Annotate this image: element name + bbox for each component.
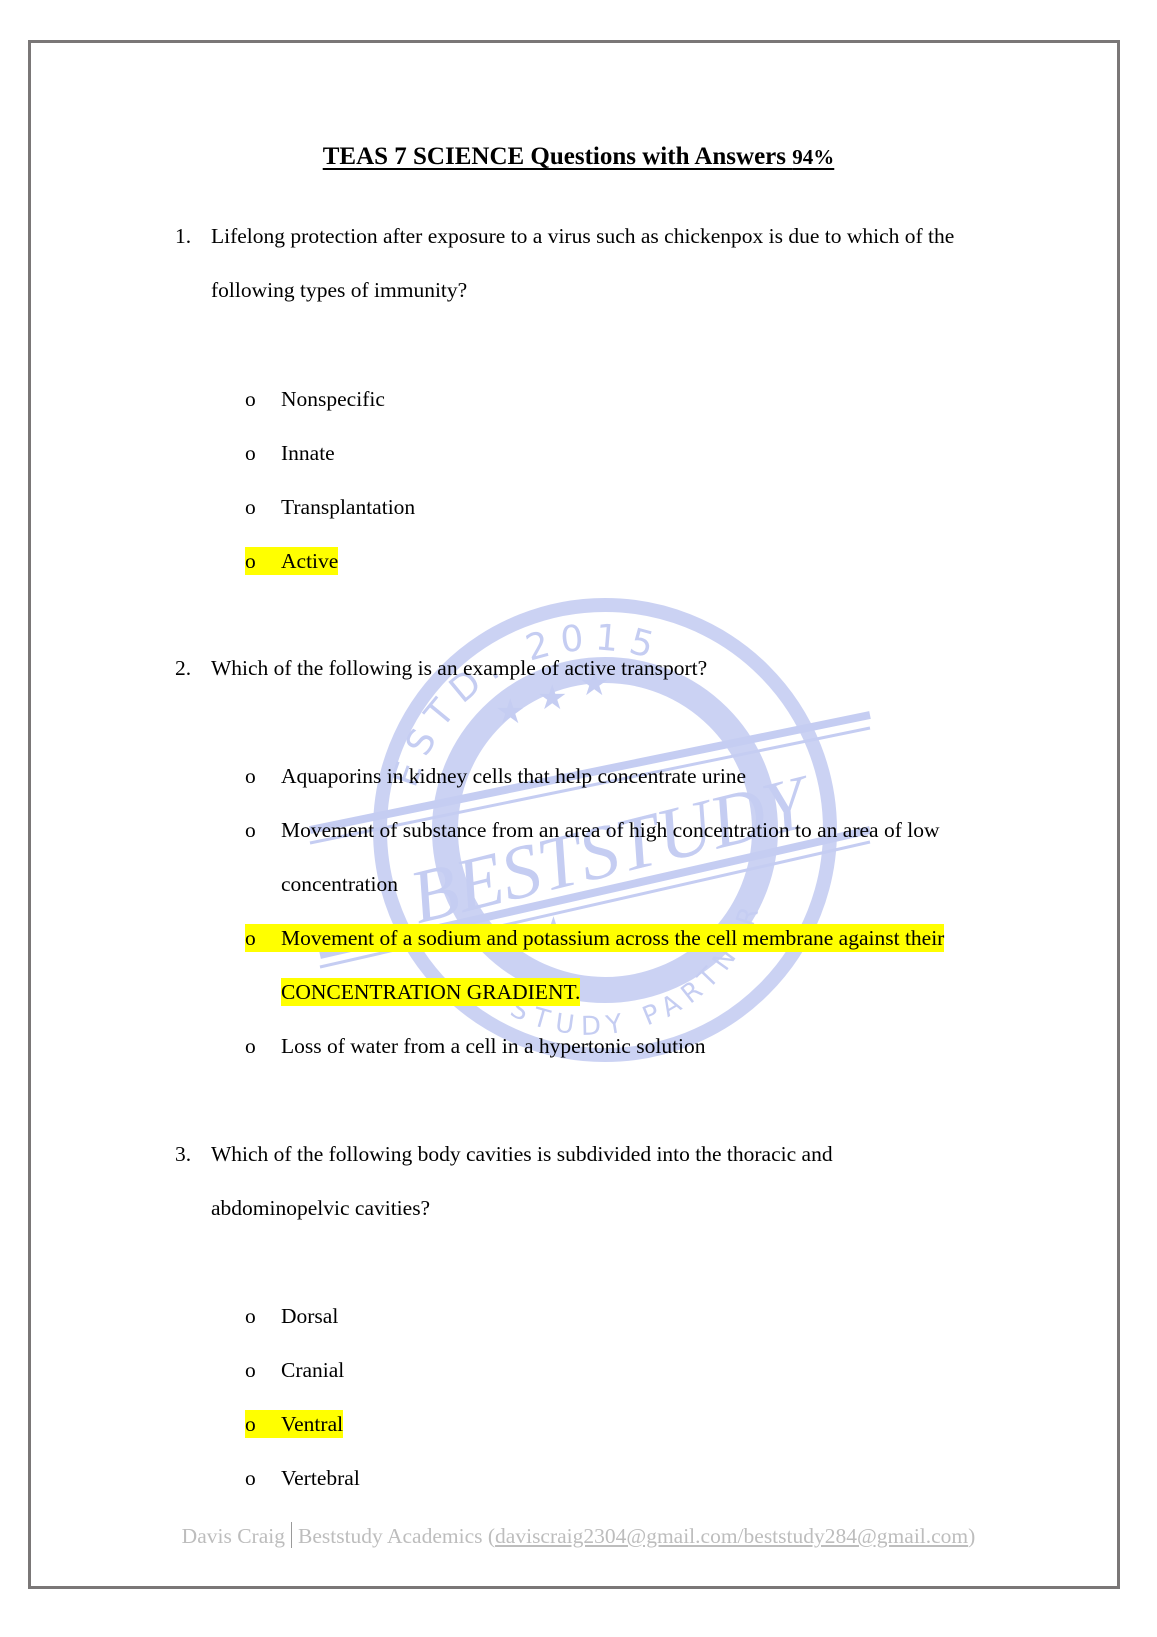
question-text: abdominopelvic cavities? [211, 1194, 430, 1222]
correct-answer-option[interactable]: oActive [245, 547, 338, 575]
circle-bullet-icon: o [245, 493, 281, 521]
option-text: Transplantation [281, 495, 415, 519]
circle-bullet-icon: o [245, 439, 281, 467]
circle-bullet-icon: o [245, 1410, 281, 1438]
page-footer: Davis CraigBeststudy Academics (daviscra… [0, 1522, 1157, 1549]
option-text: Movement of substance from an area of hi… [281, 818, 940, 842]
correct-answer-option[interactable]: oMovement of a sodium and potassium acro… [245, 924, 944, 952]
circle-bullet-icon: o [245, 1464, 281, 1492]
question-number: 3. [175, 1140, 191, 1168]
question-text: Lifelong protection after exposure to a … [211, 222, 954, 250]
option-text: Vertebral [281, 1466, 360, 1490]
option-text: Aquaporins in kidney cells that help con… [281, 764, 746, 788]
answer-option[interactable]: oInnate [245, 439, 335, 467]
footer-open-paren: ( [488, 1524, 495, 1548]
question-text: Which of the following is an example of … [211, 654, 707, 682]
option-text: Dorsal [281, 1304, 338, 1328]
answer-option[interactable]: oLoss of water from a cell in a hyperton… [245, 1032, 706, 1060]
answer-option[interactable]: oNonspecific [245, 385, 385, 413]
answer-option[interactable]: oMovement of substance from an area of h… [245, 816, 940, 844]
circle-bullet-icon: o [245, 1356, 281, 1384]
circle-bullet-icon: o [245, 1032, 281, 1060]
circle-bullet-icon: o [245, 1302, 281, 1330]
correct-answer-option[interactable]: oVentral [245, 1410, 343, 1438]
circle-bullet-icon: o [245, 816, 281, 844]
question-number: 1. [175, 222, 191, 250]
answer-option[interactable]: oAquaporins in kidney cells that help co… [245, 762, 746, 790]
circle-bullet-icon: o [245, 385, 281, 413]
title-score: 94% [792, 145, 834, 169]
option-text: Ventral [281, 1412, 343, 1436]
option-text: Nonspecific [281, 387, 385, 411]
option-text: Active [281, 549, 338, 573]
question-number: 2. [175, 654, 191, 682]
circle-bullet-icon: o [245, 547, 281, 575]
footer-close-paren: ) [968, 1524, 975, 1548]
option-text: Innate [281, 441, 335, 465]
footer-org: Beststudy Academics [298, 1524, 483, 1548]
circle-bullet-icon: o [245, 762, 281, 790]
answer-option[interactable]: oCranial [245, 1356, 344, 1384]
page-border [28, 40, 1120, 1589]
title-main: TEAS 7 SCIENCE Questions with Answers [323, 143, 786, 170]
question-text: Which of the following body cavities is … [211, 1140, 833, 1168]
footer-author: Davis Craig [182, 1524, 285, 1548]
answer-option[interactable]: oVertebral [245, 1464, 360, 1492]
footer-email-link[interactable]: daviscraig2304@gmail.com/beststudy284@gm… [495, 1524, 968, 1548]
answer-option[interactable]: oDorsal [245, 1302, 338, 1330]
circle-bullet-icon: o [245, 924, 281, 952]
question-text: following types of immunity? [211, 276, 467, 304]
answer-option[interactable]: oTransplantation [245, 493, 415, 521]
document-title: TEAS 7 SCIENCE Questions with Answers 94… [0, 143, 1157, 171]
option-text: Loss of water from a cell in a hypertoni… [281, 1034, 706, 1058]
option-text-continued: concentration [281, 870, 398, 898]
correct-option-text-continued: CONCENTRATION GRADIENT. [281, 978, 580, 1006]
option-text: Movement of a sodium and potassium acros… [281, 926, 944, 950]
option-text: Cranial [281, 1358, 344, 1382]
footer-separator [291, 1522, 292, 1548]
